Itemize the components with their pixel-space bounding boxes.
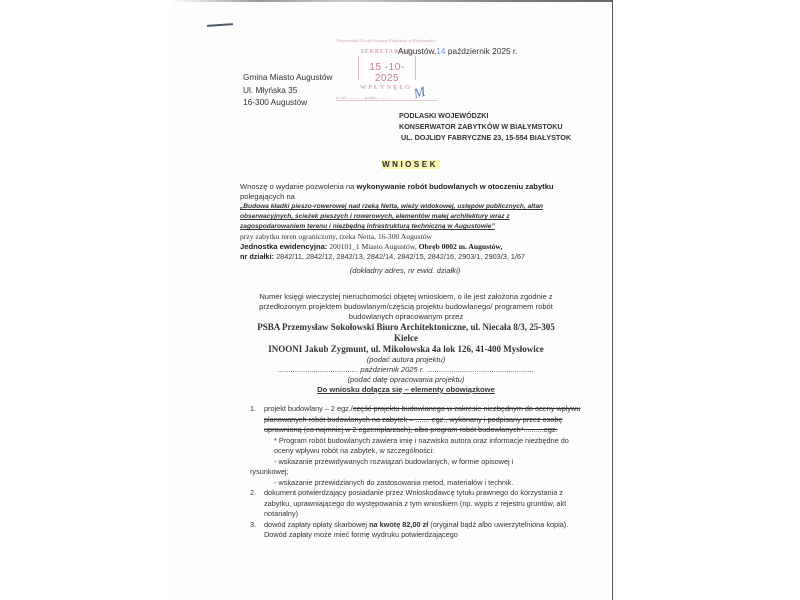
- request-section: Wnoszę o wydanie pozwolenia na wykonywan…: [240, 182, 570, 276]
- sender-city: 16-300 Augustów: [243, 96, 332, 109]
- stamp-office: Wojewódzki Urząd Ochrony Zabytków w Biał…: [336, 38, 436, 43]
- cadastral-unit: Jednostka ewidencyjna: 200101_1 Miasto A…: [240, 242, 570, 252]
- recipient-line-2: KONSERWATOR ZABYTKÓW W BIAŁYMSTOKU: [399, 121, 571, 132]
- attachment-item-1: 1. projekt budowlany – 2 egz./część proj…: [250, 404, 585, 467]
- stamp-date: 15 -10- 2025: [358, 62, 416, 84]
- attachments-list: 1. projekt budowlany – 2 egz./część proj…: [250, 404, 585, 541]
- author-hint: (podać autora projektu): [248, 355, 564, 365]
- recipient-line-1: PODLASKI WOJEWÓDZKI: [399, 110, 571, 121]
- place-date-prefix: Augustów,: [398, 46, 436, 56]
- project-section: Numer księgi wieczystej nieruchomości ob…: [248, 292, 564, 395]
- project-date-line: ...................................... p…: [248, 365, 564, 375]
- attachment-item-2: 2. dokument potwierdzający posiadanie pr…: [250, 488, 585, 520]
- project-author-2: INOONI Jakub Zygmunt, ul. Mikołowska 4a …: [248, 344, 564, 355]
- recipient-line-3: UL. DOJLIDY FABRYCZNE 23, 15-554 BIAŁYST…: [399, 132, 571, 143]
- request-intro-cont: polegających na: [240, 192, 570, 202]
- note-sub-1: - wskazanie przewidywanych rozwiązań bud…: [264, 457, 585, 468]
- parcel-numbers: nr działki: 2842/11, 2842/12, 2842/13, 2…: [240, 252, 570, 262]
- request-intro: Wnoszę o wydanie pozwolenia na wykonywan…: [240, 182, 570, 192]
- attachment-item-3: 3. dowód zapłaty opłaty skarbowej na kwo…: [250, 520, 585, 541]
- monument-location: przy zabytku teren ograniczony, rzeka Ne…: [240, 232, 570, 242]
- sender-street: Ul. Młyńska 35: [243, 84, 332, 97]
- handwritten-day: 14: [436, 46, 445, 56]
- note-sub-2: - wskazanie przewidzianych do zastosowan…: [250, 478, 585, 489]
- sender-address: Gmina Miasto Augustów Ul. Młyńska 35 16-…: [243, 71, 332, 109]
- note-sub-1-cont: rysunkowej;: [250, 467, 585, 478]
- place-date: Augustów,14 październik 2025 r.: [398, 46, 517, 56]
- page-top-edge: [170, 0, 612, 2]
- project-author-1: PSBA Przemysław Sokołowski Biuro Archite…: [248, 322, 564, 344]
- sender-name: Gmina Miasto Augustów: [243, 71, 332, 84]
- program-note: * Program robót budowlanych zawiera imię…: [264, 436, 585, 457]
- recipient-address: PODLASKI WOJEWÓDZKI KONSERWATOR ZABYTKÓW…: [399, 110, 571, 143]
- place-date-suffix: październik 2025 r.: [446, 46, 518, 56]
- attachments-heading: Do wniosku dołącza się – elementy obowią…: [248, 385, 564, 395]
- document-title: WNIOSEK: [300, 160, 520, 169]
- date-hint: (podać datę opracowania projektu): [248, 375, 564, 385]
- project-name: „Budowa kładki pieszo-rowerowej nad rzek…: [240, 202, 570, 232]
- address-hint: (dokładny adres, nr ewid. działki): [240, 266, 570, 276]
- land-register-text: Numer księgi wieczystej nieruchomości ob…: [248, 292, 564, 322]
